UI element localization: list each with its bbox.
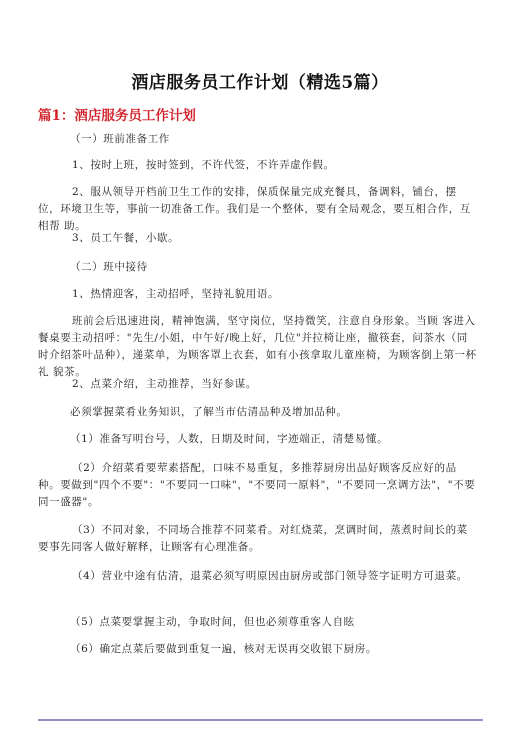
paragraph-item: （6）确定点菜后要做到重复一遍，核对无误再交收银下厨房。 [70, 641, 480, 658]
subsection-heading-prep: （一）班前准备工作 [70, 131, 480, 148]
paragraph-item: （1）准备写明台号，人数，日期及时间，字迹端正，清楚易懂。 [70, 431, 480, 448]
paragraph-item: 班前会后迅速进岗，精神饱满，坚守岗位，坚持微笑，注意自身形象。当顾 客进入餐桌要… [38, 313, 478, 381]
paragraph-item: 2、点菜介绍，主动推荐，当好参谋。 [38, 376, 478, 393]
paragraph-item: （3）不同对象，不同场合推荐不同菜肴。对红烧菜，烹调时间，蒸煮时间长的菜要事先同… [38, 522, 478, 556]
paragraph-item: 3、员工午餐，小歇。 [38, 230, 478, 247]
paragraph-item: （5）点菜要掌握主动，争取时间，但也必须尊重客人自眩 [70, 614, 480, 631]
paragraph-item: （2）介绍菜肴要荤素搭配，口味不易重复，多推荐厨房出品好顾客反应好的品种。要做到… [38, 460, 478, 511]
subsection-heading-reception: （二）班中接待 [70, 259, 480, 276]
paragraph-item: 1、按时上班，按时签到，不许代签，不许弄虚作假。 [38, 157, 478, 174]
document-title: 酒店服务员工作计划（精选5篇） [0, 68, 520, 93]
paragraph-item: 2、服从领导开档前卫生工作的安排，保质保量完成充餐具，备调料，铺台，摆位，环境卫… [38, 184, 478, 235]
footer-divider [38, 719, 483, 721]
section-heading: 篇1：酒店服务员工作计划 [38, 104, 196, 124]
paragraph-item: 必须掌握菜肴业务知识，了解当市估清品种及增加品种。 [70, 404, 480, 421]
paragraph-item: 1、热情迎客，主动招呼，坚持礼貌用语。 [38, 286, 478, 303]
paragraph-item: （4）营业中途有估清，退菜必须写明原因由厨房或部门领导签字证明方可退菜。 [38, 568, 478, 585]
document-page: 酒店服务员工作计划（精选5篇） 篇1：酒店服务员工作计划 （一）班前准备工作 1… [0, 0, 520, 735]
